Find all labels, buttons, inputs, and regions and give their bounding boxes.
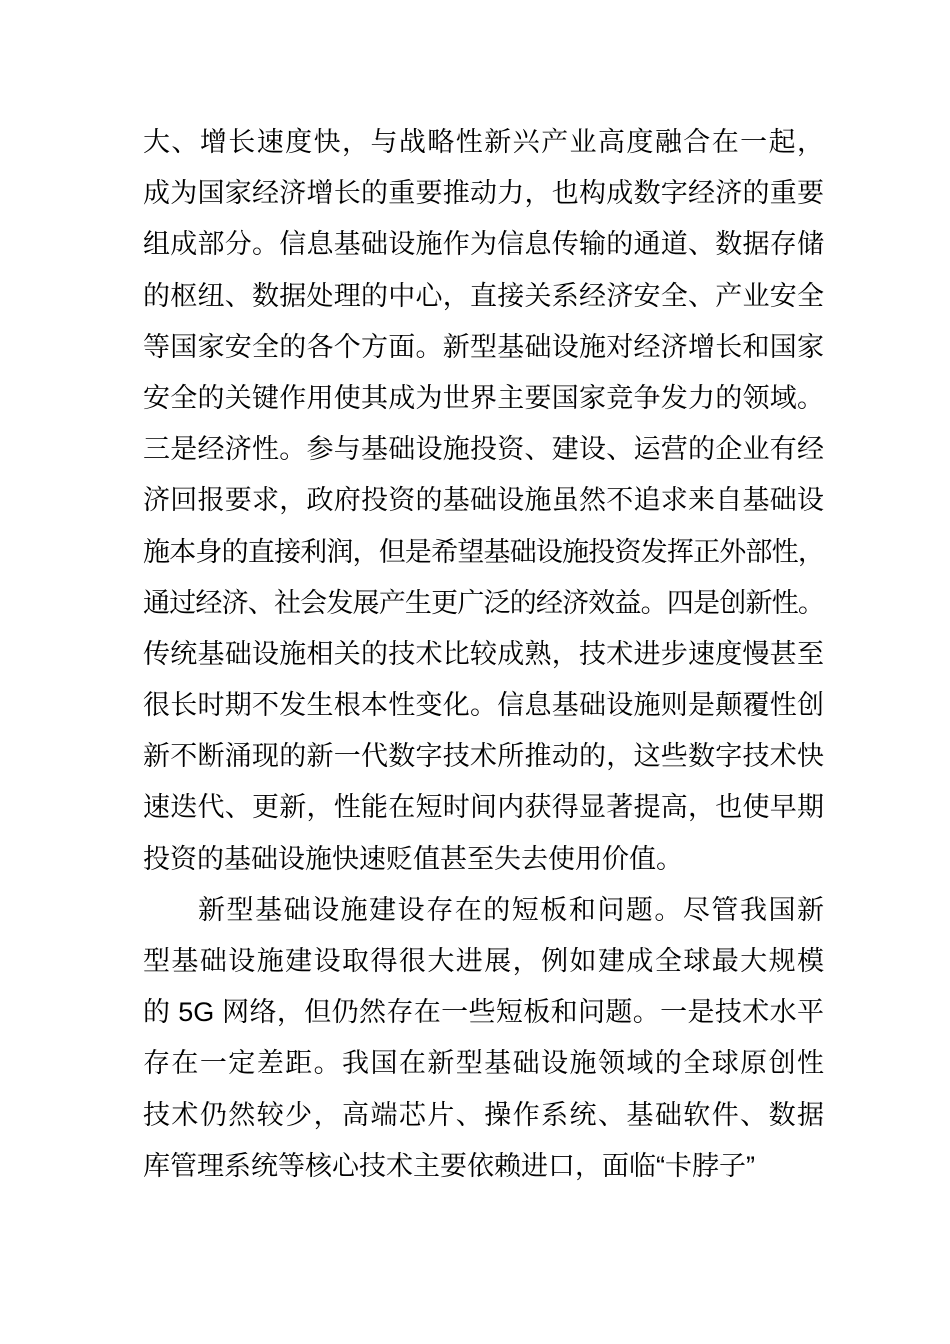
document-page: 大、增长速度快，与战略性新兴产业高度融合在一起， 成为国家经济增长的重要推动力，…: [0, 0, 950, 1344]
text-line: 新不断涌现的新一代数字技术所推动的，这些数字技术快: [143, 731, 824, 782]
text-line: 等国家安全的各个方面。新型基础设施对经济增长和国家: [143, 322, 824, 373]
text-line: 三是经济性。参与基础设施投资、建设、运营的企业有经: [143, 424, 824, 475]
text-line: 技术仍然较少，高端芯片、操作系统、基础软件、数据: [143, 1090, 824, 1141]
text-line: 施本身的直接利润，但是希望基础设施投资发挥正外部性，: [143, 527, 824, 578]
text-line: 大、增长速度快，与战略性新兴产业高度融合在一起，: [143, 117, 824, 168]
text-line: 成为国家经济增长的重要推动力，也构成数字经济的重要: [143, 168, 824, 219]
text-line: 安全的关键作用使其成为世界主要国家竞争发力的领域。: [143, 373, 824, 424]
text-line: 存在一定差距。我国在新型基础设施领域的全球原创性: [143, 1038, 824, 1089]
text-line: 的 5G 网络，但仍然存在一些短板和问题。一是技术水平: [143, 987, 824, 1038]
text-line: 组成部分。信息基础设施作为信息传输的通道、数据存储: [143, 219, 824, 270]
text-line: 很长时期不发生根本性变化。信息基础设施则是颠覆性创: [143, 680, 824, 731]
text-line: 通过经济、社会发展产生更广泛的经济效益。四是创新性。: [143, 578, 824, 629]
text-line: 速迭代、更新，性能在短时间内获得显著提高，也使早期: [143, 782, 824, 833]
text-line: 济回报要求，政府投资的基础设施虽然不追求来自基础设: [143, 475, 824, 526]
text-line: 的枢纽、数据处理的中心，直接关系经济安全、产业安全: [143, 271, 824, 322]
paragraph-first-line: 新型基础设施建设存在的短板和问题。尽管我国新: [143, 885, 824, 936]
paragraph-last-line: 投资的基础设施快速贬值甚至失去使用价值。: [143, 834, 824, 885]
document-text-body: 大、增长速度快，与战略性新兴产业高度融合在一起， 成为国家经济增长的重要推动力，…: [143, 117, 824, 1192]
page-last-line: 库管理系统等核心技术主要依赖进口，面临“卡脖子”: [143, 1141, 824, 1192]
text-line: 型基础设施建设取得很大进展，例如建成全球最大规模: [143, 936, 824, 987]
text-line: 传统基础设施相关的技术比较成熟，技术进步速度慢甚至: [143, 629, 824, 680]
